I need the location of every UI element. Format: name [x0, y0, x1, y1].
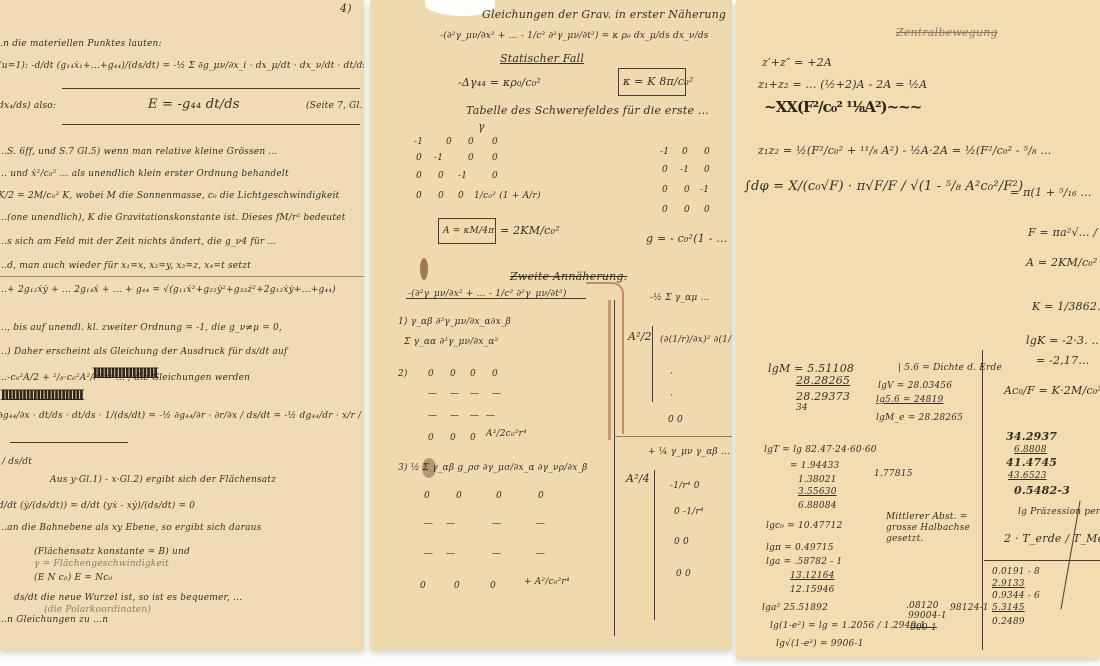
calc-line: 0.2489 — [992, 616, 1025, 629]
bracket-line — [652, 326, 653, 402]
equation-line: Ac₀/F = K·2M/c₀² — [1004, 384, 1100, 397]
text-line: ...s sich am Feld mit der Zeit nichts än… — [0, 236, 277, 249]
equation-line: z′+z″ = +2A — [762, 56, 832, 69]
equation-line: + ¼ γ_μν γ_αβ ... — [648, 446, 730, 459]
matrix-cell: 0 — [492, 368, 498, 381]
equation-line: K = 1/3862... — [1032, 300, 1100, 313]
matrix-cell: 0 — [496, 490, 502, 503]
text-line: K/2 = 2M/c₀² K, wobei M die Sonnenmasse,… — [0, 190, 339, 203]
rust-stain — [586, 282, 624, 434]
calc-line: | 5.6 = Dichte d. Erde — [898, 362, 1002, 375]
text-line: ...an die Bahnebene als xy Ebene, so erg… — [0, 522, 261, 535]
calc-line: 000-1 — [910, 622, 937, 635]
calc-line: 34.2937 — [1006, 430, 1057, 443]
equation-line: = 2KM/c₀² — [500, 224, 560, 237]
matrix-cell: 0 — [458, 190, 464, 203]
matrix-cell: 1/c₀² (1 + A/r) — [474, 190, 541, 203]
calc-line: 5.3145 — [992, 602, 1025, 615]
text-line: ...S. 6ff, und S.7 Gl.5) wenn man relati… — [0, 146, 278, 159]
matrix-cell: 0 — [456, 490, 462, 503]
calc-line: 12.15946 — [790, 584, 835, 597]
gamma-label: γ — [478, 120, 485, 133]
matrix-cell: — — [450, 388, 459, 401]
equation-line: = -2,17... — [1036, 354, 1089, 367]
equation-line: A²/2 — [628, 330, 652, 343]
matrix-cell: 0 — [470, 432, 476, 445]
matrix-cell: 0 — [438, 170, 444, 183]
equation-line: = π(1 + ⁵/₁₆ ... — [1010, 186, 1092, 199]
matrix-cell: — — [492, 518, 501, 531]
rust-stain — [608, 300, 611, 440]
matrix-cell: — — [536, 548, 545, 561]
matrix-cell: — — [428, 410, 437, 423]
page-number: 4) — [340, 2, 352, 15]
calc-line: lga² 25.51892 — [762, 602, 828, 615]
divider — [10, 442, 128, 443]
divider — [614, 436, 732, 437]
matrix-cell: 0 — [446, 136, 452, 149]
matrix-cell: 0 — [492, 170, 498, 183]
equation-line: (u=1): -d/dt (g₁₄ẋ₁+...+g₄₄)/(ds/dt) = -… — [0, 60, 364, 73]
matrix-cell: 0 — [454, 580, 460, 593]
equation-line: g = - c₀²(1 - ... — [646, 232, 727, 245]
matrix-cell: 0 — [438, 190, 444, 203]
equation-line: A = 2KM/c₀² — [1026, 256, 1098, 269]
equation-line: ∫dφ = X/(c₀√F) · π√F/F / √(1 - ⁵/₈ A²c₀²… — [744, 180, 1023, 193]
equation-line: 3) ½ Σ γ_αβ g_ρσ ∂γ_μσ/∂x_α ∂γ_νρ/∂x_β — [398, 462, 588, 475]
equation-line: ∂g₄₄/∂x · dt/ds · dt/ds · 1/(ds/dt) = -½… — [0, 410, 364, 423]
matrix-cell: -1 — [700, 184, 709, 197]
equation-line: d/dt (ẏ/(ds/dt)) = d/dt (yẋ - xẏ)/(ds/dt… — [0, 500, 195, 513]
text-line: ...n Gleichungen zu ...n — [0, 614, 108, 627]
note-mean-distance: Mittlerer Abst. = grosse Halbachse geset… — [886, 512, 976, 545]
matrix-cell: -1 — [458, 170, 467, 183]
page-title: Gleichungen der Grav. in erster Näherung — [482, 8, 726, 21]
calc-line: 1.77815 — [874, 468, 913, 481]
column-divider — [614, 300, 615, 636]
calc-line: = 1.94433 — [790, 460, 839, 473]
calc-line: 98124-1 — [950, 602, 989, 615]
text-line: ...) Daher erscheint als Gleichung der A… — [0, 346, 287, 359]
kappa-definition: κ = K 8π/c₀² — [623, 75, 693, 88]
divider — [62, 124, 360, 125]
equation-line: -½ Σ γ_αμ ... — [650, 292, 710, 305]
calc-line: lgM_e = 28.28265 — [876, 412, 963, 425]
matrix-cell: · — [670, 390, 673, 403]
text-line: dx₄/ds) also: — [0, 100, 56, 113]
equation-line: E = -g₄₄ dt/ds — [148, 98, 240, 111]
equation-line: F = πa²√... / T — [1028, 226, 1100, 239]
boxed-equation: A = κM/4π — [438, 218, 496, 244]
matrix-cell: — — [486, 410, 495, 423]
matrix-cell: 0 — [416, 190, 422, 203]
divider — [0, 276, 364, 277]
matrix-cell: 0 — [684, 204, 690, 217]
matrix-cell: — — [536, 518, 545, 531]
matrix-cell: -1 — [660, 146, 669, 159]
calc-line: 0.5482-3 — [1014, 484, 1070, 497]
matrix-cell: 0 — [662, 184, 668, 197]
text-line: ...n die materiellen Punktes lauten: — [0, 38, 162, 51]
matrix-cell: 0 — [450, 432, 456, 445]
strike-line — [406, 298, 586, 299]
calc-line: 41.4745 — [1006, 456, 1057, 469]
A-definition: A = κM/4π — [443, 225, 494, 238]
matrix-cell: — — [470, 388, 479, 401]
equation-line: Σ γ_αα ∂²γ_μν/∂x_α² — [404, 336, 498, 349]
matrix-cell: 0 — [468, 136, 474, 149]
calc-line: 28.28265 — [796, 374, 850, 387]
text-line: ...d, man auch wieder für x₁=x, x₂=y, x₃… — [0, 260, 251, 273]
divider — [984, 560, 1100, 561]
equation-line: z₁z₂ = ½(F²/c₀² + ¹¹/₈ A²) - ½A·2A = ½(F… — [758, 144, 1051, 157]
calc-line: 6.88084 — [798, 500, 837, 513]
equation-ref: (Seite 7, Gl. 9) — [306, 100, 364, 113]
text-line: ...(one unendlich), K die Gravitationsko… — [0, 212, 346, 225]
text-line: ... und ẋ²/c₀² ... als unendlich klein e… — [0, 168, 289, 181]
matrix-cell: — — [492, 388, 501, 401]
matrix-cell: 0 — [428, 432, 434, 445]
matrix-cell: 0 — [416, 170, 422, 183]
divider — [62, 88, 360, 89]
matrix-cell: 0 — [538, 490, 544, 503]
matrix-cell: + A²/c₀²r⁴ — [524, 576, 570, 589]
calc-line: lg(1-e²) = lg = 1.2056 / 1.2949-1 — [770, 620, 926, 633]
manuscript-page-right: Zentralbewegung z′+z″ = +2A z₁+z₂ = ... … — [736, 0, 1100, 658]
matrix-cell: -1/r⁴ 0 — [670, 480, 700, 493]
matrix-cell: 0 — [428, 368, 434, 381]
matrix-cell: — — [450, 410, 459, 423]
matrix-cell: 0 — [416, 152, 422, 165]
matrix-cell: — — [470, 410, 479, 423]
matrix-cell: 0 — [450, 368, 456, 381]
matrix-cell: 0 — [682, 146, 688, 159]
matrix-cell: 0 — [490, 580, 496, 593]
text-line: γ = Flächengeschwindigkeit — [34, 558, 169, 571]
matrix-cell: 0 — [420, 580, 426, 593]
matrix-cell: A²/2c₀²r⁴ — [486, 428, 527, 441]
calc-line: 3.55630 — [798, 486, 837, 499]
text-line: (E N c₀) E = Nc₀ — [34, 572, 112, 585]
equation-line: (∂(1/r)/∂x)² ∂(1/r)/∂x ... — [660, 334, 732, 347]
equation-line: / ds/dt — [2, 456, 32, 469]
section-heading: Tabelle des Schwerefeldes für die erste … — [466, 104, 709, 117]
calc-line: lg5.6 = 24819 — [876, 394, 943, 407]
matrix-cell: 0 — [492, 136, 498, 149]
calc-line: 13.12164 — [790, 570, 835, 583]
projection-formula: 2 · T_erde / T_Merkur · 100 — [1004, 532, 1100, 545]
matrix-cell: 0 0 — [668, 414, 683, 427]
matrix-cell: 0 — [704, 164, 710, 177]
equation-line: -(∂²γ_μν/∂x² + ... - 1/c² ∂²γ_μν/∂t²) = … — [440, 30, 709, 43]
calc-line: lgπ = 0.49715 — [766, 542, 834, 555]
matrix-cell: — — [446, 518, 455, 531]
ink-blot — [420, 258, 428, 280]
matrix-cell: 0 0 — [676, 568, 691, 581]
matrix-cell: — — [446, 548, 455, 561]
equation-line: 1) γ_αβ ∂²γ_μν/∂x_α∂x_β — [398, 316, 511, 329]
calc-line: lgV = 28.03456 — [878, 380, 952, 393]
equation-line: -(∂²γ_μν/∂x² + ... - 1/c² ∂²γ_μν/∂t²) — [408, 288, 567, 301]
calc-line: lgT = lg 82.47·24·60·60 — [764, 444, 877, 457]
matrix-cell: 0 — [492, 152, 498, 165]
calc-line: lg√(1-e²) = 9906-1 — [776, 638, 864, 651]
matrix-cell: — — [492, 548, 501, 561]
calc-line: lga = .58782 - 1 — [766, 556, 842, 569]
bracket-line — [654, 470, 655, 620]
matrix-cell: — — [428, 388, 437, 401]
equation-line: z₁+z₂ = ... (½+2)A - 2A = ½A — [758, 78, 927, 91]
calc-line: lgc₀ = 10.47712 — [766, 520, 843, 533]
section-heading: Statischer Fall — [500, 52, 584, 65]
matrix-cell: — — [424, 518, 433, 531]
matrix-cell: 0 0 — [674, 536, 689, 549]
matrix-cell: 0 — [662, 204, 668, 217]
matrix-cell: 0 — [470, 368, 476, 381]
matrix-cell: -1 — [434, 152, 443, 165]
text-line: ..., bis auf unendl. kl. zweiter Ordnung… — [0, 322, 282, 335]
text-line: Aus y·Gl.1) - x·Gl.2) ergibt sich der Fl… — [50, 474, 276, 487]
item-label: 2) — [398, 368, 408, 381]
equation-line: lgK = -2·3. ... — [1026, 334, 1100, 347]
projection-note: lg Präzession per Jhd. mit — [1018, 506, 1100, 519]
calc-line: 43.6523 — [1008, 470, 1047, 483]
manuscript-page-left: 4) ...n die materiellen Punktes lauten: … — [0, 0, 364, 650]
matrix-cell: · — [670, 368, 673, 381]
equation-line: A²/4 — [626, 472, 650, 485]
matrix-cell: 0 — [704, 204, 710, 217]
matrix-cell: -1 — [680, 164, 689, 177]
matrix-cell: -1 — [414, 136, 423, 149]
crossed-out-scribble: ~XX(F²/c₀² ¹¹⁄₈A²)~~~ — [764, 98, 921, 116]
equation-line: ...+ 2g₁₂ẋẏ + ... 2g₁₄ẋ + ... + g₄₄ = √(… — [0, 284, 336, 297]
boxed-equation: κ = K 8π/c₀² — [618, 68, 686, 96]
manuscript-page-middle: Gleichungen der Grav. in erster Näherung… — [370, 0, 732, 650]
matrix-cell: 0 — [704, 146, 710, 159]
matrix-cell: 0 — [424, 490, 430, 503]
matrix-cell: — — [424, 548, 433, 561]
calc-line: 34 — [796, 402, 808, 415]
matrix-cell: 0 — [468, 152, 474, 165]
crossed-out-scribble: IIIIIIIIIIIIIIIIII — [92, 366, 156, 382]
matrix-cell: 0 -1/r⁴ — [674, 506, 704, 519]
matrix-cell: 0 — [662, 164, 668, 177]
matrix-cell: 0 — [684, 184, 690, 197]
equation-line: -Δγ₄₄ = κρ₀/c₀² — [458, 76, 541, 89]
crossed-out-title: Zentralbewegung — [896, 26, 998, 39]
crossed-out-scribble: IIIIIIIIIIIIIIIIIIIIIII — [0, 388, 82, 404]
